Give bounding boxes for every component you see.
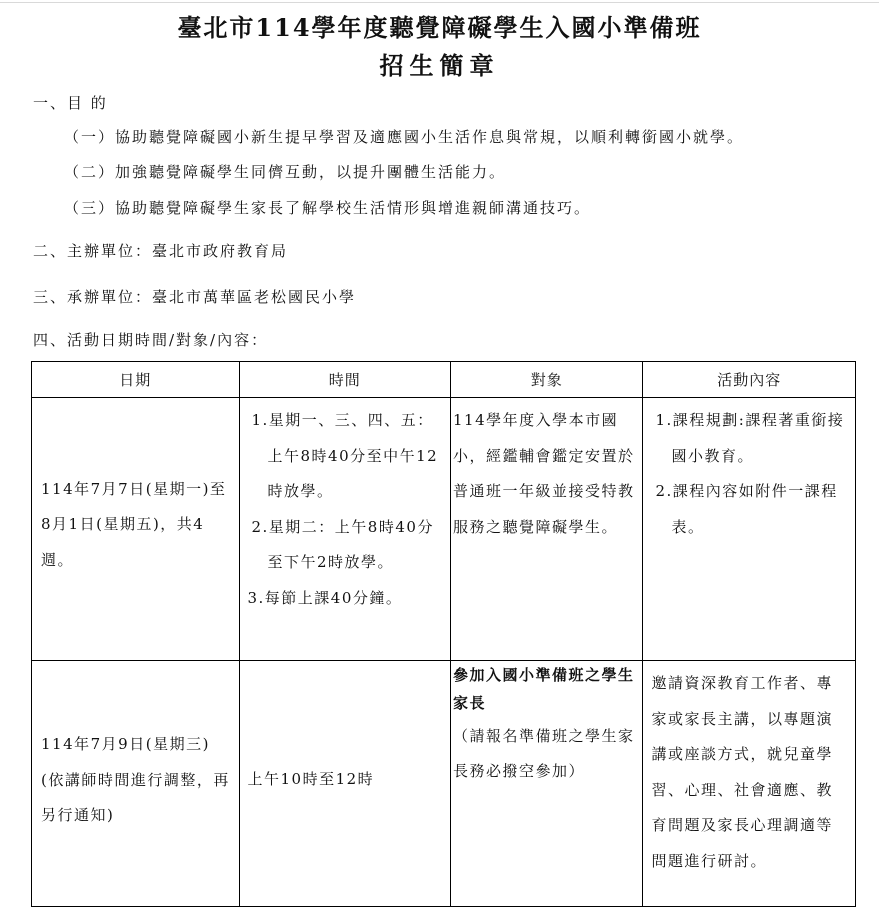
date-text: 114年7月9日(星期三): [41, 727, 231, 763]
time-cell: 1.星期一、三、四、五：上午8時40分至中午12時放學。 2.星期二：上午8時4…: [239, 398, 451, 661]
date-text: 114年7月7日(星期一)至8月1日(星期五)，共4週。: [32, 472, 239, 579]
date-cell: 114年7月7日(星期一)至8月1日(星期五)，共4週。: [32, 398, 240, 661]
header-date: 日期: [32, 362, 240, 398]
document-subtitle: 招生簡章: [0, 46, 879, 81]
purpose-item-1: （一）協助聽覺障礙國小新生提早學習及適應國小生活作息與常規，以順利轉銜國小就學。: [64, 126, 744, 147]
time-item-2: 2.星期二：上午8時40分至下午2時放學。: [248, 510, 443, 581]
content-text: 邀請資深教育工作者、專家或家長主講，以專題演講或座談方式，就兒童學習、心理、社會…: [643, 661, 855, 879]
section-1-heading: 一、目 的: [33, 92, 108, 113]
date-note: (依講師時間進行調整，再另行通知): [41, 763, 231, 834]
target-text: 參加入國小準備班之學生家長: [453, 661, 638, 717]
document-title: 臺北市114學年度聽覺障礙學生入國小準備班: [0, 8, 879, 43]
content-cell: 邀請資深教育工作者、專家或家長主講，以專題演講或座談方式，就兒童學習、心理、社會…: [643, 661, 856, 907]
target-note: （請報名準備班之學生家長務必撥空參加）: [453, 719, 638, 789]
target-text: 114學年度入學本市國小，經鑑輔會鑑定安置於普通班一年級並接受特教服務之聽覺障礙…: [451, 398, 642, 545]
time-text: 上午10時至12時: [240, 762, 451, 798]
content-item-2: 2.課程內容如附件一課程表。: [651, 474, 849, 545]
top-border-line: [0, 2, 879, 3]
table-row: 114年7月7日(星期一)至8月1日(星期五)，共4週。 1.星期一、三、四、五…: [32, 398, 856, 661]
header-target: 對象: [451, 362, 643, 398]
header-time: 時間: [239, 362, 451, 398]
purpose-item-3: （三）協助聽覺障礙學生家長了解學校生活情形與增進親師溝通技巧。: [64, 197, 591, 218]
date-cell: 114年7月9日(星期三) (依講師時間進行調整，再另行通知): [32, 661, 240, 907]
purpose-item-2: （二）加強聽覺障礙學生同儕互動，以提升團體生活能力。: [64, 161, 506, 182]
target-cell: 參加入國小準備班之學生家長 （請報名準備班之學生家長務必撥空參加）: [451, 661, 643, 907]
table-row: 114年7月9日(星期三) (依講師時間進行調整，再另行通知) 上午10時至12…: [32, 661, 856, 907]
schedule-table: 日期 時間 對象 活動內容 114年7月7日(星期一)至8月1日(星期五)，共4…: [31, 361, 856, 907]
content-cell: 1.課程規劃:課程著重銜接國小教育。 2.課程內容如附件一課程表。: [643, 398, 856, 661]
time-item-1: 1.星期一、三、四、五：上午8時40分至中午12時放學。: [248, 403, 443, 510]
header-content: 活動內容: [643, 362, 856, 398]
content-item-1: 1.課程規劃:課程著重銜接國小教育。: [651, 403, 849, 474]
time-cell: 上午10時至12時: [239, 661, 451, 907]
time-item-3: 3.每節上課40分鐘。: [248, 581, 443, 617]
host-school: 三、承辦單位：臺北市萬華區老松國民小學: [33, 286, 356, 307]
organizer: 二、主辦單位：臺北市政府教育局: [33, 240, 288, 261]
target-cell: 114學年度入學本市國小，經鑑輔會鑑定安置於普通班一年級並接受特教服務之聽覺障礙…: [451, 398, 643, 661]
table-header-row: 日期 時間 對象 活動內容: [32, 362, 856, 398]
section-4-heading: 四、活動日期時間/對象/內容：: [33, 329, 268, 350]
